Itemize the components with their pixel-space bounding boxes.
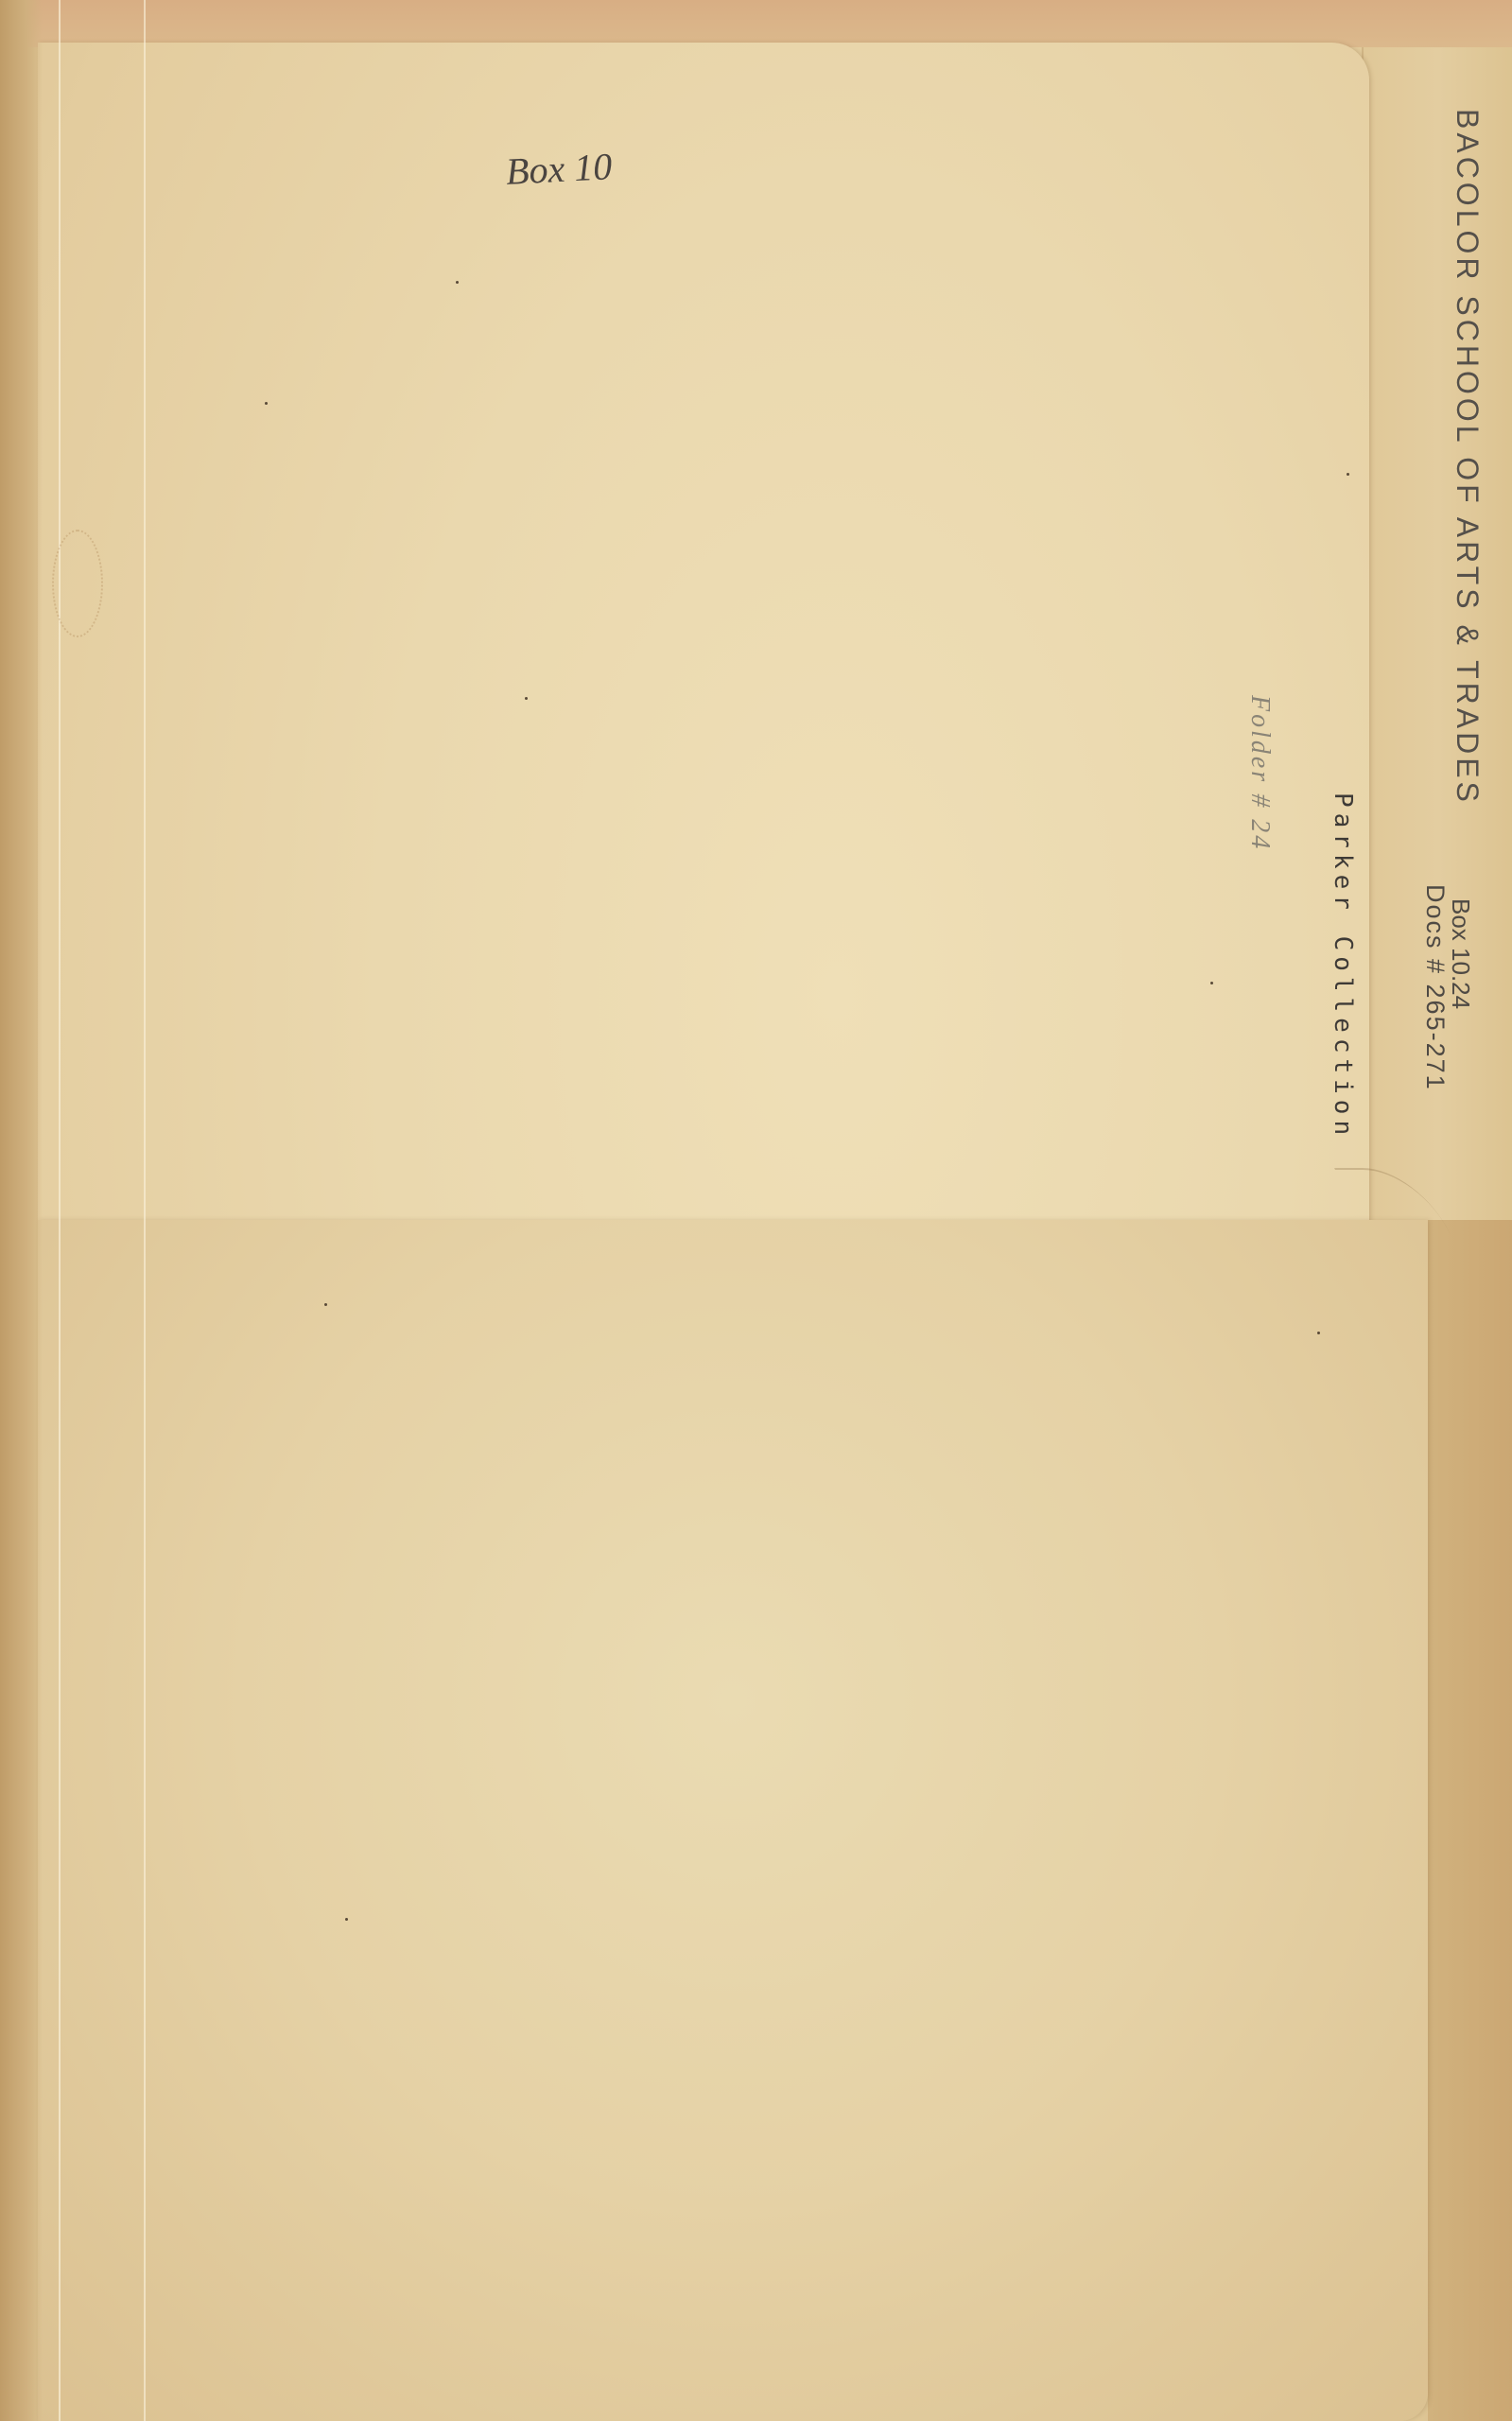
folder-number-note: Folder # 24 [1244,695,1275,851]
box-reference: Box 10.24 [1446,898,1475,1009]
documents-range: Docs # 265-271 [1420,884,1450,1091]
speck [525,697,528,700]
speck [1317,1332,1320,1334]
speck [1347,473,1349,476]
collection-name: Parker Collection [1329,792,1357,1141]
folder-front-panel-lower [38,1220,1428,2421]
folder-right-edge [1428,1220,1512,2421]
box-number-note: Box 10 [505,144,613,194]
speck [265,402,268,405]
stain-mark [52,530,103,637]
school-label: BACOLOR SCHOOL OF ARTS & TRADES [1450,109,1485,806]
folder-left-edge [0,0,43,2421]
speck [345,1918,348,1921]
fold-line [59,0,61,2421]
speck [1210,982,1213,984]
speck [456,281,459,284]
speck [324,1303,327,1306]
fold-line [144,0,146,2421]
